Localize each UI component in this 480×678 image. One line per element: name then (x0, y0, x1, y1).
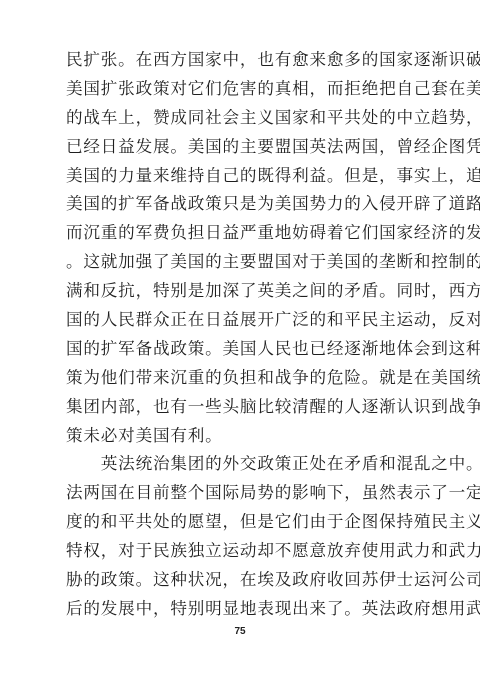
text-line: 度的和平共处的愿望，但是它们由于企图保持殖民主义的 (66, 508, 418, 537)
page-number: 75 (0, 626, 480, 637)
text-line: 国的人民群众正在日益展开广泛的和平民主运动，反对美 (66, 306, 418, 335)
text-line: 美国扩张政策对它们危害的真相，而拒绝把自己套在美国 (66, 75, 418, 104)
text-line: 特权，对于民族独立运动却不愿意放弃使用武力和武力威 (66, 537, 418, 566)
text-line: 美国的扩军备战政策只是为美国势力的入侵开辟了道路， (66, 190, 418, 219)
text-line: 胁的政策。这种状况，在埃及政府收回苏伊士运河公司以 (66, 566, 418, 595)
text-line: 集团内部，也有一些头脑比较清醒的人逐渐认识到战争政 (66, 393, 418, 422)
text-line: 满和反抗，特别是加深了英美之间的矛盾。同时，西方各 (66, 277, 418, 306)
text-line: 美国的力量来维持自己的既得利益。但是，事实上，追随 (66, 162, 418, 191)
text-line: 策为他们带来沉重的负担和战争的危险。就是在美国统治 (66, 364, 418, 393)
text-line: 民扩张。在西方国家中，也有愈来愈多的国家逐渐识破了 (66, 46, 418, 75)
document-page: 民扩张。在西方国家中，也有愈来愈多的国家逐渐识破了 美国扩张政策对它们危害的真相… (0, 0, 480, 678)
text-line: 。这就加强了美国的主要盟国对于美国的垄断和控制的不 (66, 248, 418, 277)
text-line: 英法统治集团的外交政策正处在矛盾和混乱之中。英 (66, 450, 418, 479)
text-line: 而沉重的军费负担日益严重地妨碍着它们国家经济的发展 (66, 219, 418, 248)
text-line: 的战车上，赞成同社会主义国家和平共处的中立趋势，也 (66, 104, 418, 133)
text-line: 已经日益发展。美国的主要盟国英法两国，曾经企图凭借 (66, 133, 418, 162)
text-line: 法两国在目前整个国际局势的影响下，虽然表示了一定程 (66, 479, 418, 508)
text-line: 后的发展中，特别明显地表现出来了。英法政府想用武力 (66, 595, 418, 624)
text-line: 策未必对美国有利。 (66, 422, 418, 451)
body-text: 民扩张。在西方国家中，也有愈来愈多的国家逐渐识破了 美国扩张政策对它们危害的真相… (66, 46, 418, 624)
text-line: 国的扩军备战政策。美国人民也已经逐渐地体会到这种政 (66, 335, 418, 364)
